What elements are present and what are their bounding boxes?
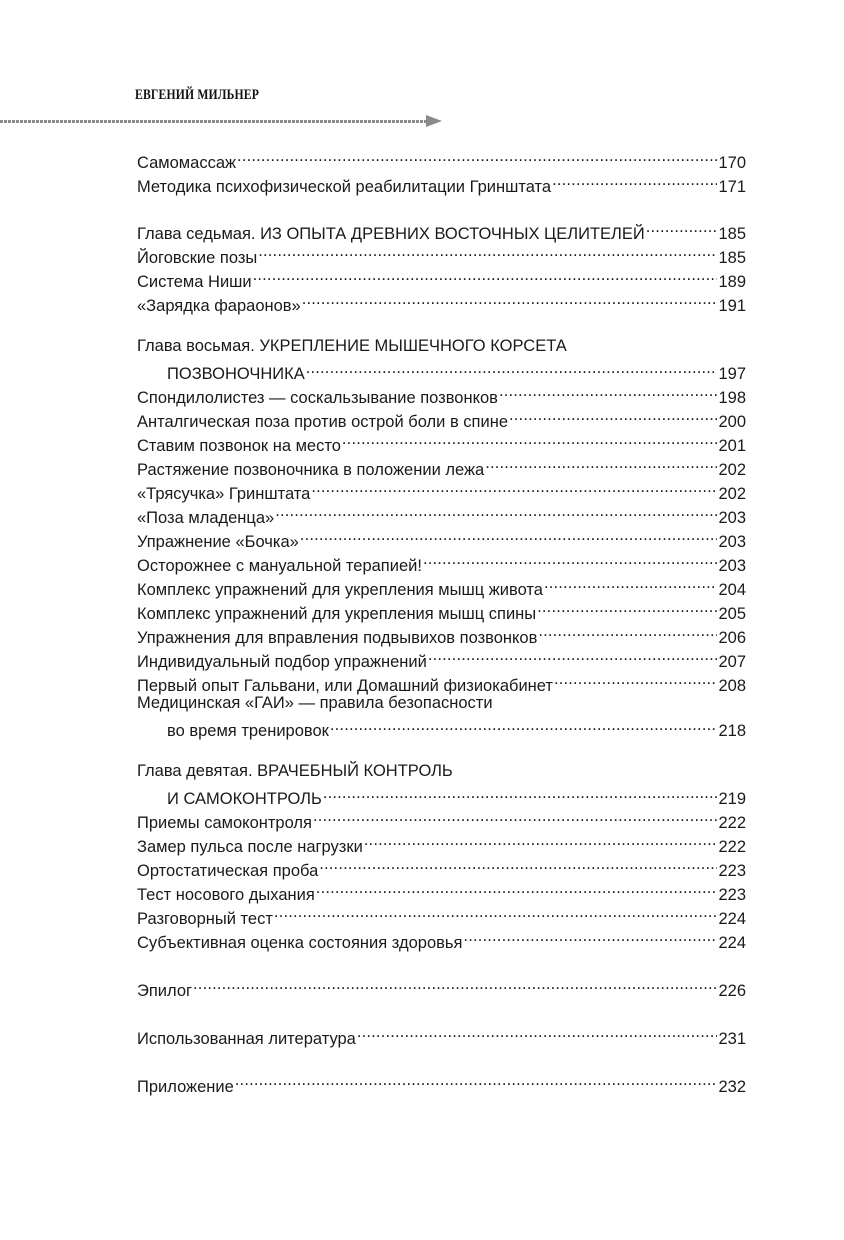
toc-entry[interactable]: Приложение232 — [137, 1068, 746, 1092]
dot-leader — [485, 451, 717, 475]
toc-entry[interactable]: Глава восьмая. УКРЕПЛЕНИЕ МЫШЕЧНОГО КОРС… — [137, 334, 746, 379]
toc-page-number: 198 — [718, 386, 746, 410]
section-spacer — [137, 996, 746, 1020]
toc-page-number: 205 — [718, 602, 746, 626]
header-dotted-rule — [0, 120, 430, 123]
toc-page-number: 191 — [718, 294, 746, 318]
toc-page-number: 204 — [718, 578, 746, 602]
dot-leader — [552, 168, 717, 192]
dot-leader — [306, 358, 718, 379]
toc-page-number: 206 — [718, 626, 746, 650]
toc-entry-title: Эпилог — [137, 979, 192, 1003]
toc-entry-title: Система Ниши — [137, 270, 252, 294]
dot-leader — [237, 144, 717, 168]
toc-entry-title: Комплекс упражнений для укрепления мышц … — [137, 578, 543, 602]
toc-page-number: 171 — [718, 175, 746, 199]
toc-entry-title: Упражнение «Бочка» — [137, 530, 299, 554]
dot-leader — [509, 403, 717, 427]
toc-entry-title: Субъективная оценка состояния здоровья — [137, 931, 462, 955]
toc-page-number: 202 — [718, 458, 746, 482]
toc-entry-title: Ортостатическая проба — [137, 859, 318, 883]
toc-page-number: 223 — [718, 859, 746, 883]
toc-page-number: 202 — [718, 482, 746, 506]
toc-page-number: 219 — [718, 789, 746, 810]
toc-page-number: 226 — [718, 979, 746, 1003]
dot-leader — [538, 619, 717, 643]
toc-page-number: 203 — [718, 554, 746, 578]
dot-leader — [646, 215, 718, 239]
toc-page-number: 185 — [718, 246, 746, 270]
toc-entry-continuation: И САМОКОНТРОЛЬ219 — [137, 783, 746, 804]
toc-entry-title: Разговорный тест — [137, 907, 273, 931]
dot-leader — [311, 475, 717, 499]
toc-page-number: 197 — [718, 364, 746, 385]
dot-leader — [342, 427, 718, 451]
dot-leader — [537, 595, 717, 619]
toc-page-number: 200 — [718, 410, 746, 434]
toc-entry-title: Спондилолистез — соскальзывание позвонко… — [137, 386, 498, 410]
dot-leader — [499, 379, 718, 403]
toc-page-number: 222 — [718, 835, 746, 859]
toc-entry[interactable]: Глава седьмая. ИЗ ОПЫТА ДРЕВНИХ ВОСТОЧНЫ… — [137, 215, 746, 239]
toc-page-number: 218 — [718, 721, 746, 742]
toc-page-number: 224 — [718, 907, 746, 931]
dot-leader — [357, 1020, 718, 1044]
toc-entry[interactable]: Глава девятая. ВРАЧЕБНЫЙ КОНТРОЛЬИ САМОК… — [137, 759, 746, 804]
dot-leader — [323, 783, 718, 804]
toc-page-number: 189 — [718, 270, 746, 294]
toc-page-number: 203 — [718, 506, 746, 530]
toc-entry-title: Ставим позвонок на место — [137, 434, 341, 458]
dot-leader — [274, 900, 718, 924]
toc-entry[interactable]: Медицинская «ГАИ» — правила безопасности… — [137, 691, 746, 736]
toc-page-number: 207 — [718, 650, 746, 674]
toc-entry-title: Глава восьмая. УКРЕПЛЕНИЕ МЫШЕЧНОГО КОРС… — [137, 334, 746, 358]
running-head: ЕВГЕНИЙ МИЛЬНЕР — [135, 87, 259, 104]
toc-entry-title: Йоговские позы — [137, 246, 257, 270]
dot-leader — [258, 239, 717, 263]
toc-entry-title-continued: ПОЗВОНОЧНИКА — [167, 364, 305, 385]
toc-entry[interactable]: Использованная литература231 — [137, 1020, 746, 1044]
toc-entry-title-continued: во время тренировок — [167, 721, 329, 742]
dot-leader — [428, 643, 718, 667]
toc-entry-title: Осторожнее с мануальной терапией! — [137, 554, 422, 578]
toc-entry-title: Комплекс упражнений для укрепления мышц … — [137, 602, 536, 626]
dot-leader — [319, 852, 717, 876]
dot-leader — [316, 876, 718, 900]
dot-leader — [463, 924, 717, 948]
toc-page-number: 224 — [718, 931, 746, 955]
toc-entry-title: Использованная литература — [137, 1027, 356, 1051]
toc-entry-title: Медицинская «ГАИ» — правила безопасности — [137, 691, 746, 715]
toc-entry-title: Приемы самоконтроля — [137, 811, 312, 835]
toc-page-number: 185 — [718, 222, 746, 246]
dot-leader — [330, 715, 718, 736]
toc-page-number: 231 — [718, 1027, 746, 1051]
toc-entry-title: «Поза младенца» — [137, 506, 274, 530]
dot-leader — [544, 571, 718, 595]
dot-leader — [302, 287, 718, 311]
toc-page-number: 170 — [718, 151, 746, 175]
dot-leader — [423, 547, 718, 571]
dot-leader — [364, 828, 718, 852]
toc-page-number: 232 — [718, 1075, 746, 1099]
arrow-icon — [426, 115, 442, 127]
toc-entry-title: Самомассаж — [137, 151, 236, 175]
toc-entry[interactable]: Эпилог226 — [137, 972, 746, 996]
table-of-contents: Самомассаж170Методика психофизической ре… — [137, 144, 746, 1092]
dot-leader — [253, 263, 718, 287]
toc-page-number: 201 — [718, 434, 746, 458]
toc-entry-title: Приложение — [137, 1075, 234, 1099]
dot-leader — [554, 667, 718, 691]
dot-leader — [275, 499, 717, 523]
toc-entry[interactable]: Самомассаж170 — [137, 144, 746, 168]
toc-page-number: 222 — [718, 811, 746, 835]
toc-entry-continuation: ПОЗВОНОЧНИКА197 — [137, 358, 746, 379]
dot-leader — [193, 972, 717, 996]
toc-entry-continuation: во время тренировок218 — [137, 715, 746, 736]
dot-leader — [235, 1068, 718, 1092]
toc-entry-title: «Зарядка фараонов» — [137, 294, 301, 318]
dot-leader — [313, 804, 718, 828]
toc-page-number: 223 — [718, 883, 746, 907]
toc-page-number: 203 — [718, 530, 746, 554]
toc-entry-title-continued: И САМОКОНТРОЛЬ — [167, 789, 322, 810]
toc-entry-title: Индивидуальный подбор упражнений — [137, 650, 427, 674]
toc-entry-title: Глава девятая. ВРАЧЕБНЫЙ КОНТРОЛЬ — [137, 759, 746, 783]
toc-entry-title: Методика психофизической реабилитации Гр… — [137, 175, 551, 199]
dot-leader — [300, 523, 718, 547]
toc-page-number: 208 — [718, 674, 746, 698]
